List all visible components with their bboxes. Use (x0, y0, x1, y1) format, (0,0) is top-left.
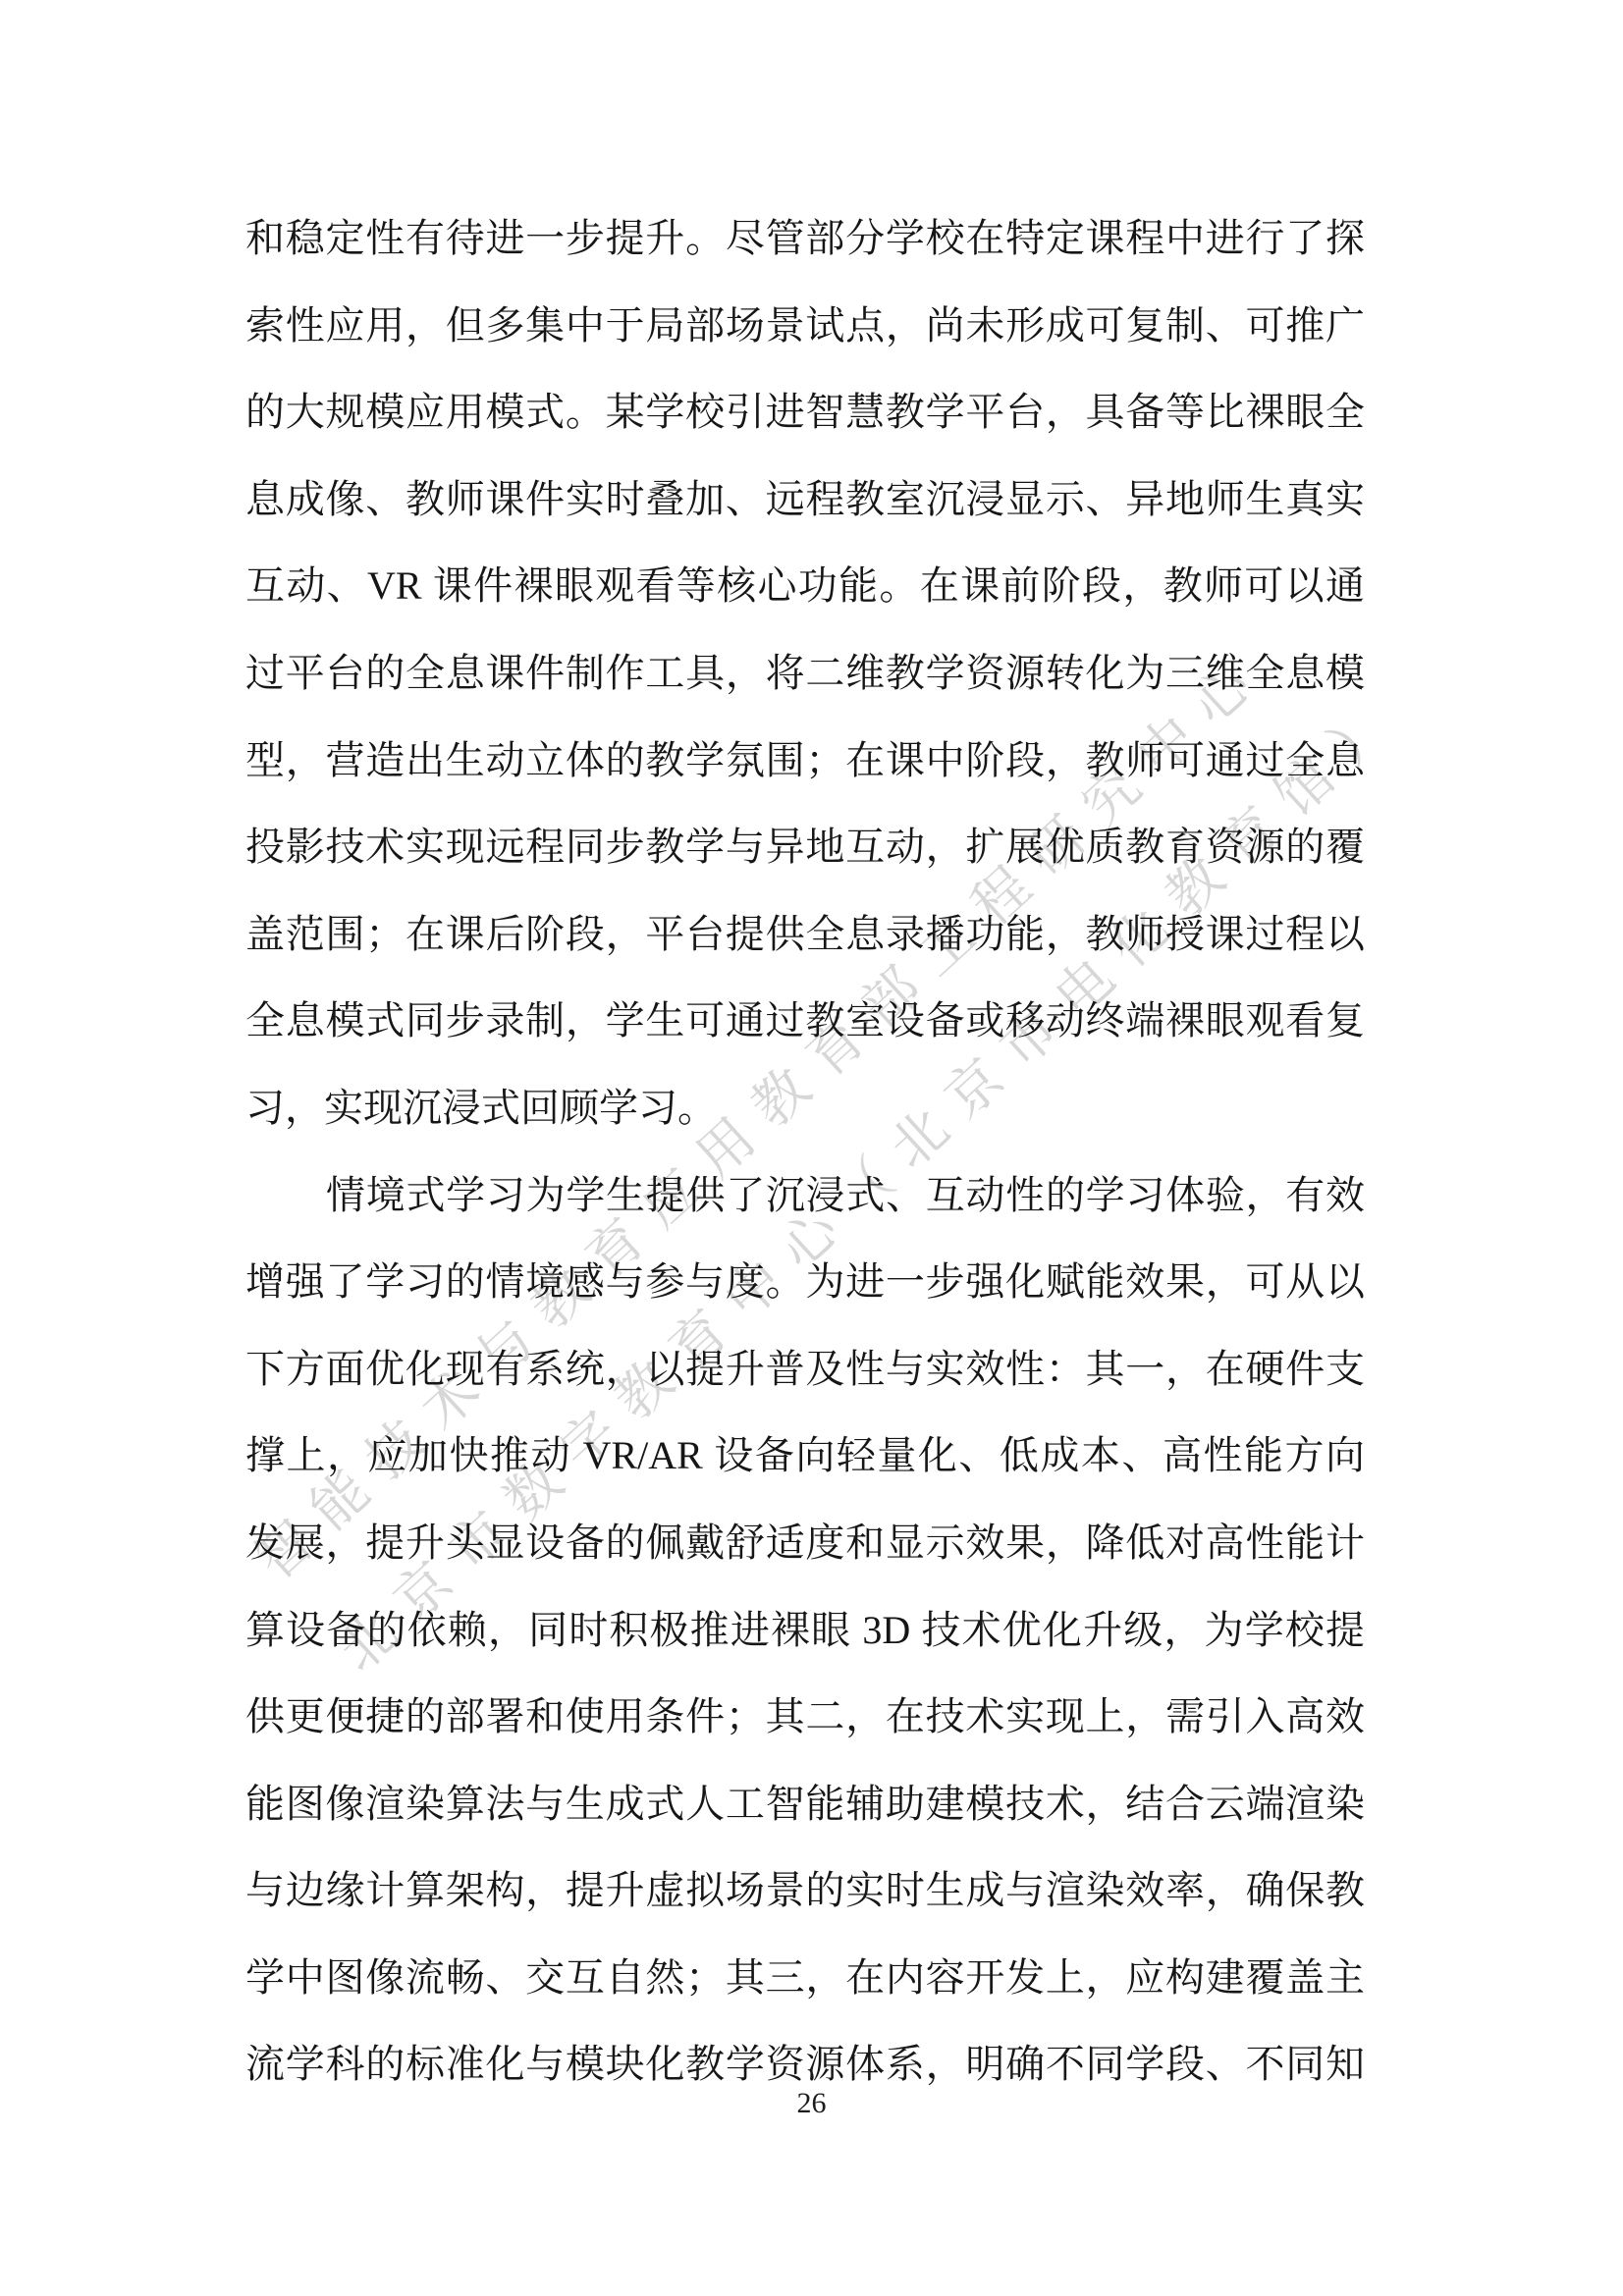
document-page: 智能技术与教育应用教育部工程研究中心 北京市数字教育中心（北京市电化教育馆） 和… (0, 0, 1623, 2296)
text-line: 发展，提升头显设备的佩戴舒适度和显示效果，降低对高性能计 (245, 1500, 1365, 1587)
text-line: 型，营造出生动立体的教学氛围；在课中阶段，教师可通过全息 (245, 718, 1365, 805)
text-line: 索性应用，但多集中于局部场景试点，尚未形成可复制、可推广 (245, 283, 1365, 370)
text-line: 过平台的全息课件制作工具，将二维教学资源转化为三维全息模 (245, 630, 1365, 718)
body-text: 和稳定性有待进一步提升。尽管部分学校在特定课程中进行了探 索性应用，但多集中于局… (245, 195, 1365, 2109)
text-line: 全息模式同步录制，学生可通过教室设备或移动终端裸眼观看复 (245, 978, 1365, 1065)
text-line: 和稳定性有待进一步提升。尽管部分学校在特定课程中进行了探 (245, 195, 1365, 283)
text-line: 习，实现沉浸式回顾学习。 (245, 1065, 1365, 1152)
text-line: 互动、VR 课件裸眼观看等核心功能。在课前阶段，教师可以通 (245, 543, 1365, 630)
text-line: 增强了学习的情境感与参与度。为进一步强化赋能效果，可从以 (245, 1239, 1365, 1326)
text-line: 算设备的依赖，同时积极推进裸眼 3D 技术优化升级，为学校提 (245, 1587, 1365, 1675)
text-line: 情境式学习为学生提供了沉浸式、互动性的学习体验，有效 (245, 1152, 1365, 1240)
text-line: 与边缘计算架构，提升虚拟场景的实时生成与渲染效率，确保教 (245, 1847, 1365, 1935)
text-line: 学中图像流畅、交互自然；其三，在内容开发上，应构建覆盖主 (245, 1935, 1365, 2022)
text-line: 撑上，应加快推动 VR/AR 设备向轻量化、低成本、高性能方向 (245, 1413, 1365, 1500)
text-line: 盖范围；在课后阶段，平台提供全息录播功能，教师授课过程以 (245, 891, 1365, 979)
text-line: 下方面优化现有系统，以提升普及性与实效性：其一，在硬件支 (245, 1326, 1365, 1414)
text-line: 息成像、教师课件实时叠加、远程教室沉浸显示、异地师生真实 (245, 456, 1365, 544)
page-number: 26 (0, 2087, 1623, 2120)
text-line: 能图像渲染算法与生成式人工智能辅助建模技术，结合云端渲染 (245, 1761, 1365, 1848)
text-line: 投影技术实现远程同步教学与异地互动，扩展优质教育资源的覆 (245, 804, 1365, 891)
text-line: 的大规模应用模式。某学校引进智慧教学平台，具备等比裸眼全 (245, 369, 1365, 456)
text-line: 供更便捷的部署和使用条件；其二，在技术实现上，需引入高效 (245, 1674, 1365, 1761)
